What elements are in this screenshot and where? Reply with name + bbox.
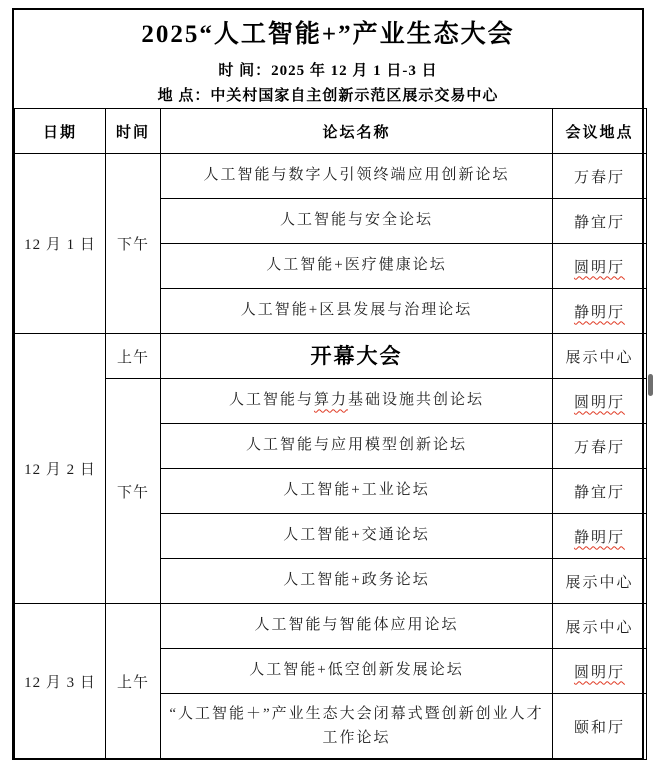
table-row: 下午人工智能与算力基础设施共创论坛圆明厅 (15, 379, 647, 424)
forum-name-segment: 人工智能与安全论坛 (280, 212, 433, 228)
forum-name-segment: “人工智能＋”产业生态大会闭幕式暨创新创业人才工作论坛 (169, 706, 543, 745)
venue-name: 展示中心 (565, 350, 633, 366)
venue-name: 颐和厅 (574, 720, 625, 736)
column-header-date: 日期 (15, 109, 106, 154)
venue-name: 万春厅 (574, 440, 625, 456)
venue-name: 展示中心 (565, 575, 633, 591)
table-row: 12 月 2 日上午开幕大会展示中心 (15, 334, 647, 379)
schedule-table: 日期时间论坛名称会议地点 12 月 1 日下午人工智能与数字人引领终端应用创新论… (14, 108, 647, 760)
venue-name: 展示中心 (565, 620, 633, 636)
table-row: 12 月 1 日下午人工智能与数字人引领终端应用创新论坛万春厅 (15, 154, 647, 199)
venue-cell: 圆明厅 (553, 379, 647, 424)
header-row: 日期时间论坛名称会议地点 (15, 109, 647, 154)
vertical-scrollbar-thumb[interactable] (648, 374, 653, 396)
time-cell: 下午 (106, 154, 161, 334)
venue-name: 圆明厅 (574, 665, 625, 681)
forum-name-segment: 人工智能+区县发展与治理论坛 (241, 302, 472, 318)
forum-cell: 人工智能+区县发展与治理论坛 (161, 289, 553, 334)
venue-cell: 静明厅 (553, 514, 647, 559)
forum-name-segment: 人工智能+政务论坛 (283, 572, 429, 588)
column-header-forum: 论坛名称 (161, 109, 553, 154)
venue-cell: 圆明厅 (553, 244, 647, 289)
forum-cell: 人工智能+医疗健康论坛 (161, 244, 553, 289)
forum-cell: 人工智能与数字人引领终端应用创新论坛 (161, 154, 553, 199)
venue-name: 静明厅 (574, 305, 625, 321)
forum-cell: “人工智能＋”产业生态大会闭幕式暨创新创业人才工作论坛 (161, 694, 553, 760)
venue-cell: 静宜厅 (553, 469, 647, 514)
meta-place-line: 地 点：中关村国家自主创新示范区展示交易中心 (14, 86, 642, 107)
forum-name-segment: 人工智能与 (229, 392, 314, 408)
column-header-time: 时间 (106, 109, 161, 154)
venue-cell: 万春厅 (553, 154, 647, 199)
forum-name-segment: 人工智能+工业论坛 (283, 482, 429, 498)
venue-name: 静宜厅 (574, 485, 625, 501)
venue-name: 静宜厅 (574, 215, 625, 231)
time-cell: 上午 (106, 334, 161, 379)
forum-name-segment: 人工智能与应用模型创新论坛 (246, 437, 467, 453)
column-header-venue: 会议地点 (553, 109, 647, 154)
venue-name: 圆明厅 (574, 395, 625, 411)
venue-cell: 静宜厅 (553, 199, 647, 244)
forum-name-segment: 基础设施共创论坛 (348, 392, 484, 408)
time-cell: 上午 (106, 604, 161, 760)
forum-name-segment: 人工智能+医疗健康论坛 (266, 257, 446, 273)
forum-cell: 开幕大会 (161, 334, 553, 379)
forum-cell: 人工智能+政务论坛 (161, 559, 553, 604)
venue-cell: 颐和厅 (553, 694, 647, 760)
venue-cell: 静明厅 (553, 289, 647, 334)
forum-name-segment: 人工智能+低空创新发展论坛 (249, 662, 463, 678)
venue-name: 圆明厅 (574, 260, 625, 276)
forum-cell: 人工智能与应用模型创新论坛 (161, 424, 553, 469)
conference-title: 2025“人工智能+”产业生态大会 (14, 19, 642, 52)
venue-name: 万春厅 (574, 170, 625, 186)
forum-cell: 人工智能与安全论坛 (161, 199, 553, 244)
forum-name-segment: 人工智能与智能体应用论坛 (254, 617, 458, 633)
forum-cell: 人工智能+工业论坛 (161, 469, 553, 514)
title-block: 2025“人工智能+”产业生态大会 时 间：2025 年 12 月 1 日-3 … (14, 10, 642, 108)
schedule-document: 2025“人工智能+”产业生态大会 时 间：2025 年 12 月 1 日-3 … (12, 8, 644, 760)
venue-cell: 万春厅 (553, 424, 647, 469)
forum-name-segment: 开幕大会 (311, 344, 403, 368)
venue-cell: 圆明厅 (553, 649, 647, 694)
time-cell: 下午 (106, 379, 161, 604)
date-cell: 12 月 3 日 (15, 604, 106, 760)
venue-cell: 展示中心 (553, 334, 647, 379)
schedule-table-header: 日期时间论坛名称会议地点 (15, 109, 647, 154)
venue-cell: 展示中心 (553, 559, 647, 604)
forum-name-segment: 人工智能+交通论坛 (283, 527, 429, 543)
forum-name-misspelled-segment: 算力 (314, 392, 348, 408)
forum-cell: 人工智能与算力基础设施共创论坛 (161, 379, 553, 424)
forum-cell: 人工智能+交通论坛 (161, 514, 553, 559)
venue-name: 静明厅 (574, 530, 625, 546)
venue-cell: 展示中心 (553, 604, 647, 649)
forum-name-segment: 人工智能与数字人引领终端应用创新论坛 (203, 167, 509, 183)
meta-time-line: 时 间：2025 年 12 月 1 日-3 日 (14, 61, 642, 82)
date-cell: 12 月 1 日 (15, 154, 106, 334)
table-row: 12 月 3 日上午人工智能与智能体应用论坛展示中心 (15, 604, 647, 649)
schedule-table-body: 12 月 1 日下午人工智能与数字人引领终端应用创新论坛万春厅人工智能与安全论坛… (15, 154, 647, 760)
forum-cell: 人工智能与智能体应用论坛 (161, 604, 553, 649)
document-page: 2025“人工智能+”产业生态大会 时 间：2025 年 12 月 1 日-3 … (0, 0, 654, 768)
date-cell: 12 月 2 日 (15, 334, 106, 604)
forum-cell: 人工智能+低空创新发展论坛 (161, 649, 553, 694)
